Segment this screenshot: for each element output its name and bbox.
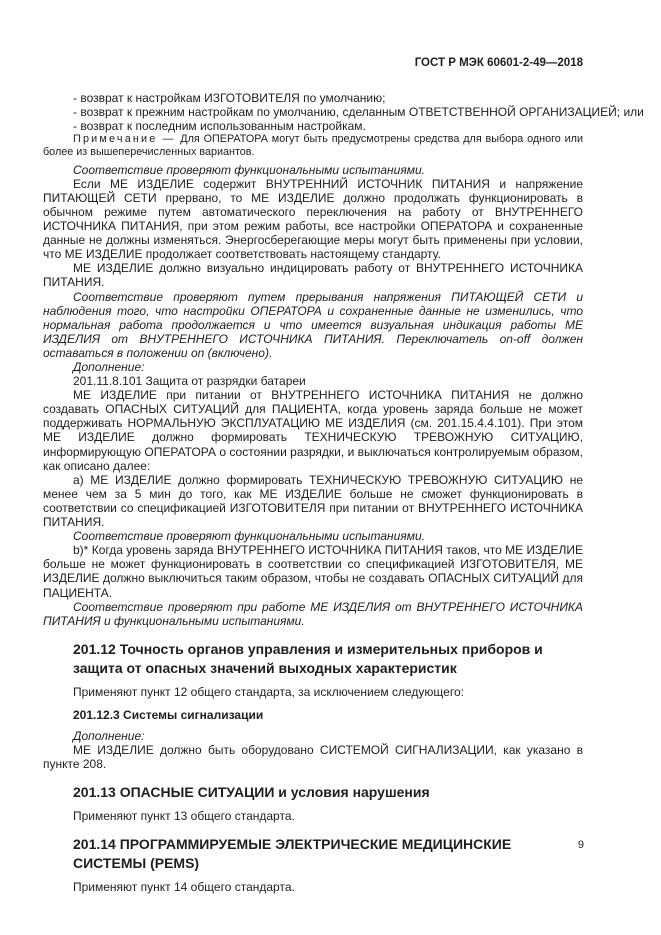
addition-label-201-12-3: Дополнение:	[43, 729, 583, 743]
alarm-system-paragraph: МЕ ИЗДЕЛИЕ должно быть оборудовано СИСТЕ…	[43, 743, 583, 771]
list-item-restore-last-used: - возврат к последним использованным нас…	[43, 119, 583, 133]
apply-clause-14: Применяют пункт 14 общего стандарта.	[43, 880, 583, 894]
list-item-b: b)* Когда уровень заряда ВНУТРЕННЕГО ИСТ…	[43, 543, 583, 599]
page-number: 9	[578, 839, 584, 851]
clause-201-11-body: Соответствие проверяют функциональными и…	[43, 163, 583, 628]
list-item-a: а) МЕ ИЗДЕЛИЕ должно формировать ТЕХНИЧЕ…	[43, 473, 583, 529]
apply-clause-12: Применяют пункт 12 общего стандарта, за …	[43, 685, 583, 699]
standard-code-header: ГОСТ Р МЭК 60601-2-49—2018	[415, 57, 583, 69]
page-content: - возврат к настройкам ИЗГОТОВИТЕЛЯ по у…	[43, 91, 583, 894]
compliance-statement-item-a: Соответствие проверяют функциональными и…	[43, 529, 583, 543]
clause-201-11-8-101-title: 201.11.8.101 Защита от разрядки батареи	[43, 374, 583, 388]
section-heading-201-14: 201.14 ПРОГРАММИРУЕМЫЕ ЭЛЕКТРИЧЕСКИЕ МЕД…	[73, 835, 583, 873]
body-paragraph-battery-discharge: МЕ ИЗДЕЛИЕ при питании от ВНУТРЕННЕГО ИС…	[43, 388, 583, 473]
compliance-statement: Соответствие проверяют функциональными и…	[43, 163, 583, 177]
note-paragraph: Примечание—Для ОПЕРАТОРА могут быть пред…	[43, 133, 583, 159]
subsection-heading-201-12-3: 201.12.3 Системы сигнализации	[73, 708, 583, 722]
list-item-restore-responsible-org: - возврат к прежним настройкам по умолча…	[43, 105, 583, 119]
body-paragraph-internal-source: Если МЕ ИЗДЕЛИЕ содержит ВНУТРЕННИЙ ИСТО…	[43, 177, 583, 262]
note-dash: —	[158, 133, 181, 145]
body-paragraph-visual-indication: МЕ ИЗДЕЛИЕ должно визуально индицировать…	[43, 261, 583, 289]
compliance-statement-item-b: Соответствие проверяют при работе МЕ ИЗД…	[43, 600, 583, 628]
compliance-statement-interruption: Соответствие проверяют путем прерывания …	[43, 290, 583, 360]
section-heading-201-12: 201.12 Точность органов управления и изм…	[73, 640, 583, 678]
note-label: Примечание	[73, 133, 158, 145]
list-item-restore-manufacturer: - возврат к настройкам ИЗГОТОВИТЕЛЯ по у…	[43, 91, 583, 105]
section-heading-201-13: 201.13 ОПАСНЫЕ СИТУАЦИИ и условия наруше…	[73, 783, 583, 802]
apply-clause-13: Применяют пункт 13 общего стандарта.	[43, 809, 583, 823]
document-page: ГОСТ Р МЭК 60601-2-49—2018 - возврат к н…	[0, 0, 661, 935]
addition-label: Дополнение:	[43, 360, 583, 374]
